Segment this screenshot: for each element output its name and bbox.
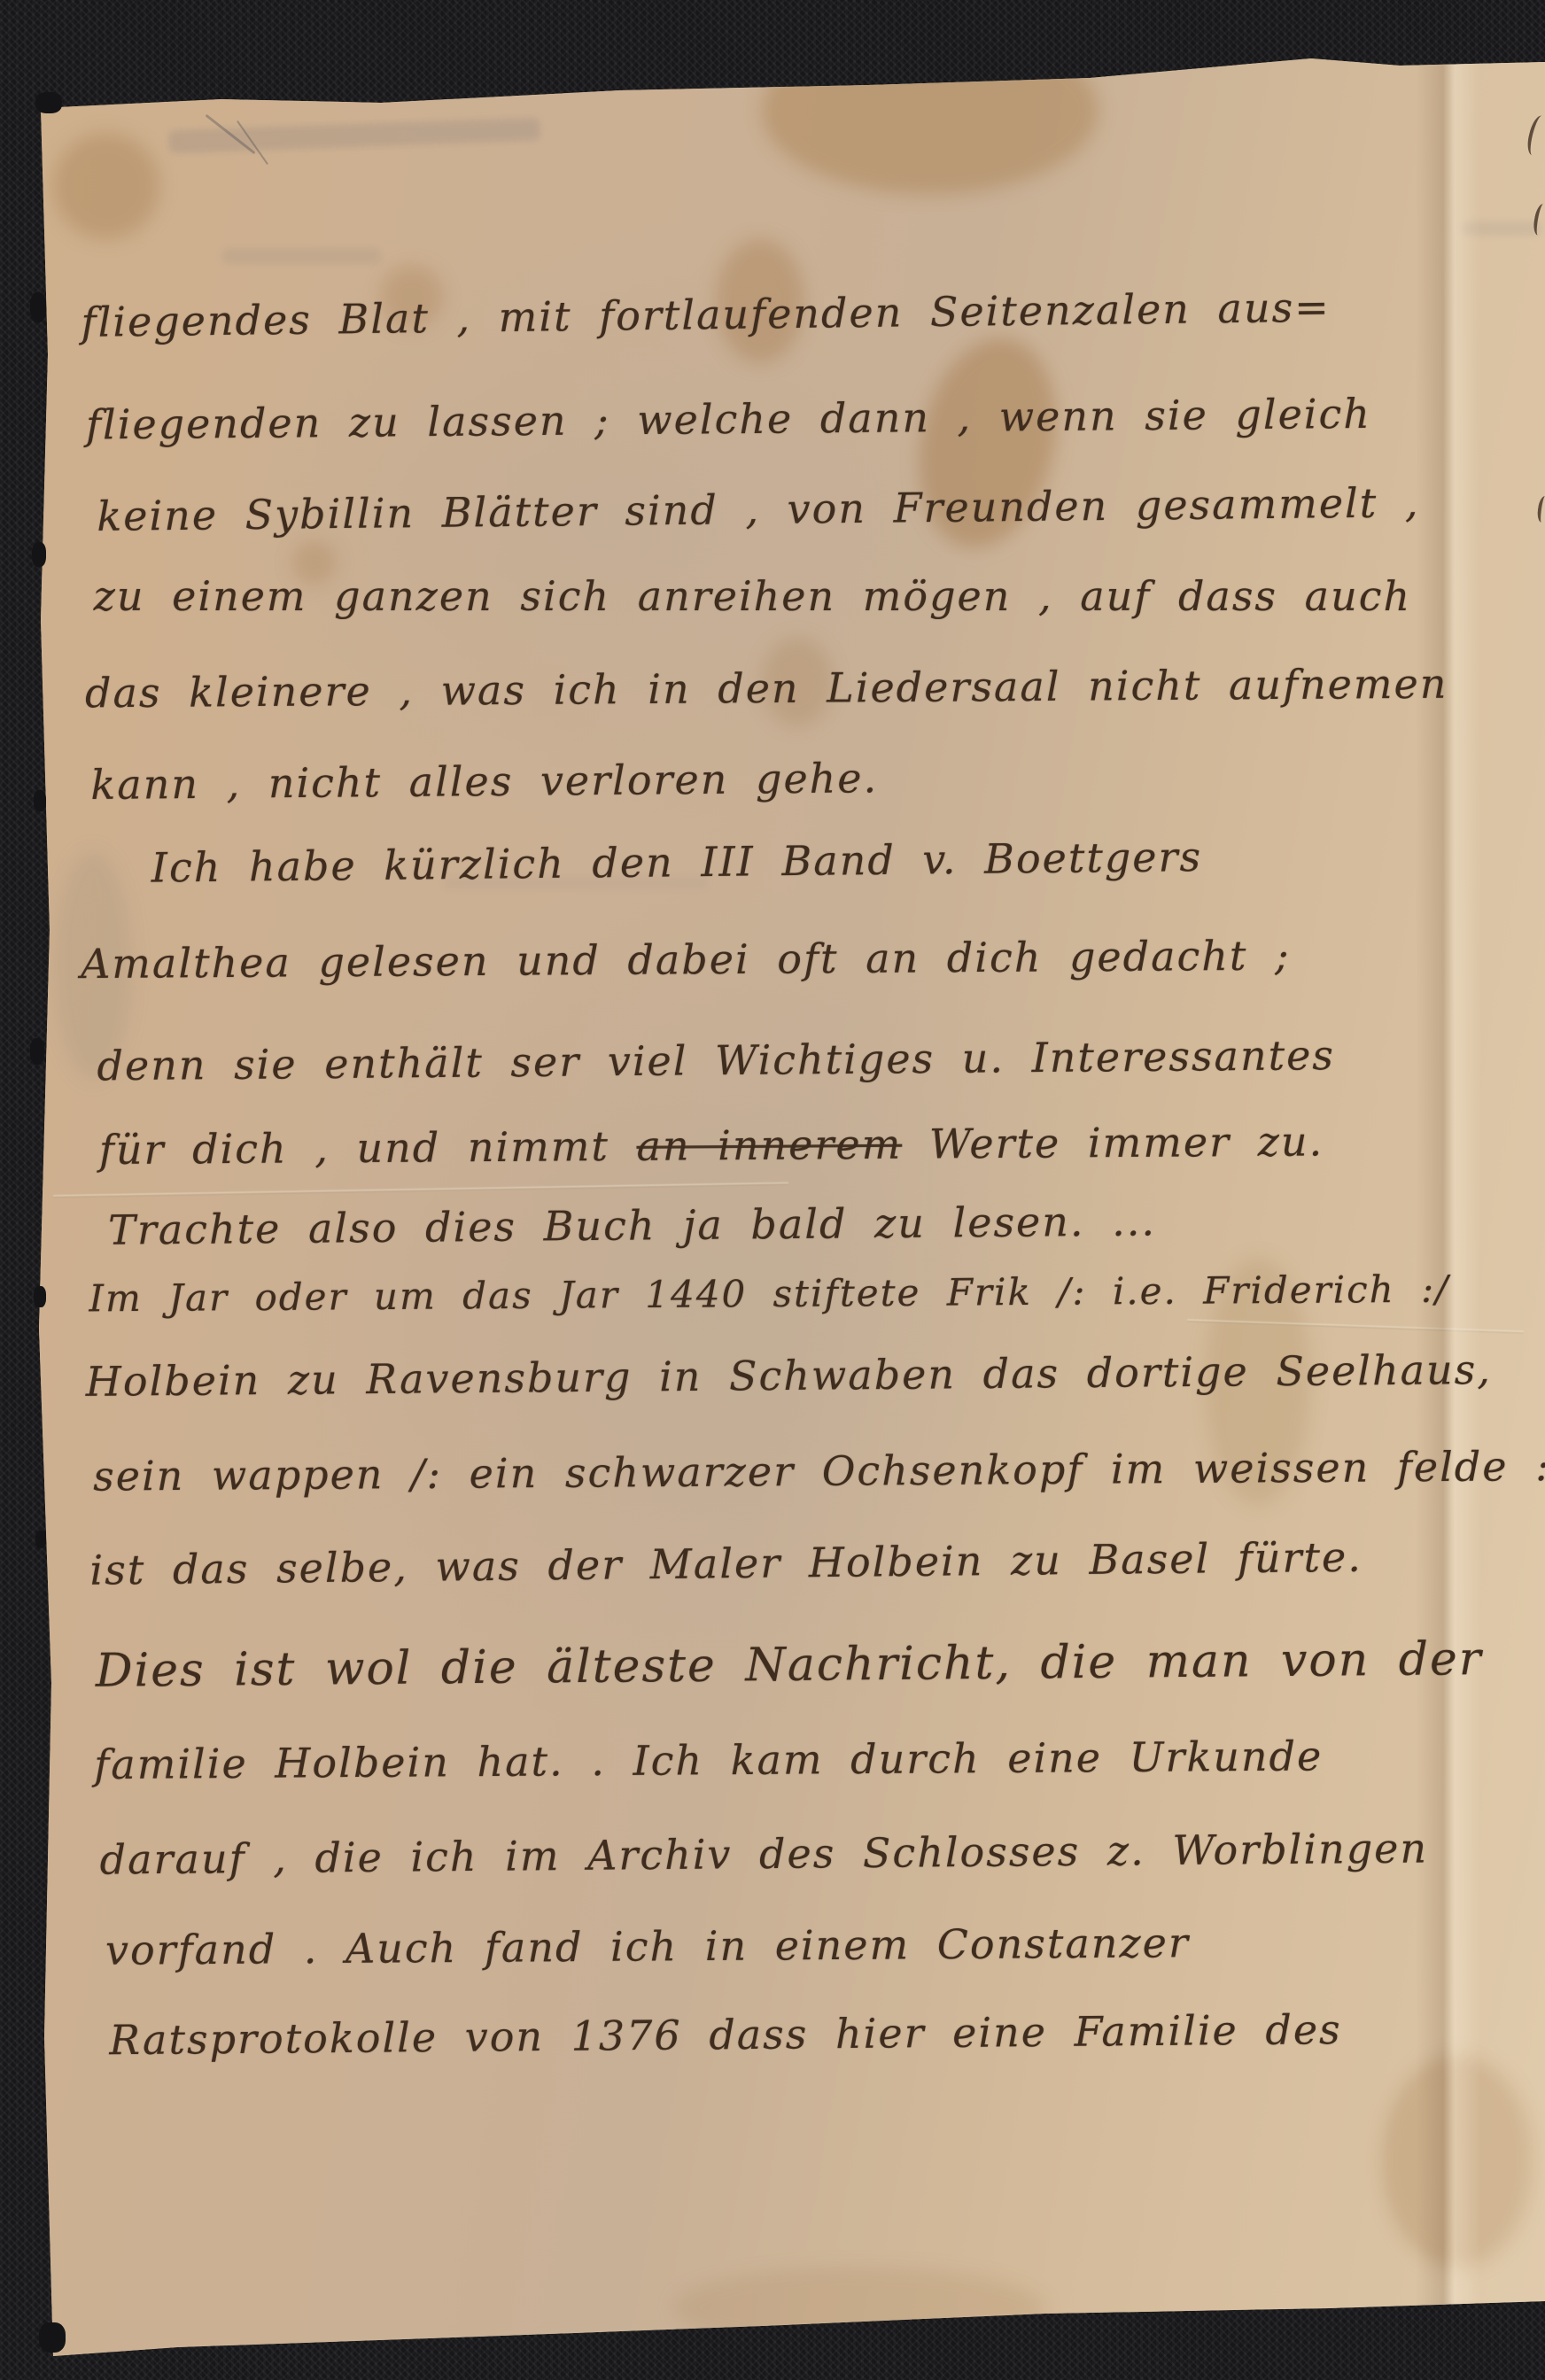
manuscript-line: fliegendes Blat , mit fortlaufenden Seit… xyxy=(81,285,1331,345)
edge-notch xyxy=(34,1286,46,1307)
manuscript-line: Amalthea gelesen und dabei oft an dich g… xyxy=(81,934,1291,987)
manuscript-line: keine Sybillin Blätter sind , von Freund… xyxy=(97,480,1420,539)
manuscript-line: zu einem ganzen sich anreihen mögen , au… xyxy=(94,574,1411,619)
manuscript-line: Ich habe kürzlich den III Band v. Boettg… xyxy=(151,834,1202,890)
manuscript-line: kann , nicht alles verloren gehe. xyxy=(90,756,878,807)
manuscript-line: denn sie enthält ser viel Wichtiges u. I… xyxy=(97,1033,1335,1089)
manuscript-line: Dies ist wol die älteste Nachricht, die … xyxy=(96,1634,1483,1697)
photo-background: { "page": { "type": "handwritten-letter-… xyxy=(0,0,1545,2380)
manuscript-line: Holbein zu Ravensburg in Schwaben das do… xyxy=(86,1347,1493,1404)
manuscript-line: das kleinere , was ich in den Liedersaal… xyxy=(85,662,1448,716)
edge-notch xyxy=(34,790,46,811)
manuscript-line: Ratsprotokolle von 1376 dass hier eine F… xyxy=(109,2007,1342,2063)
letter-text: fliegendes Blat , mit fortlaufenden Seit… xyxy=(0,0,1545,2380)
edge-notch xyxy=(39,2322,66,2353)
edge-notch xyxy=(35,92,62,113)
manuscript-line: familie Holbein hat. . Ich kam durch ein… xyxy=(94,1733,1323,1787)
manuscript-line: für dich , und nimmt an innerem Werte im… xyxy=(99,1119,1324,1172)
manuscript-line: fliegenden zu lassen ; welche dann , wen… xyxy=(86,391,1371,447)
letter-page: fliegendes Blat , mit fortlaufenden Seit… xyxy=(0,0,1545,2380)
manuscript-line: vorfand . Auch fand ich in einem Constan… xyxy=(105,1920,1190,1973)
manuscript-line: ist das selbe, was der Maler Holbein zu … xyxy=(89,1535,1363,1593)
manuscript-line: Trachte also dies Buch ja bald zu lesen.… xyxy=(108,1198,1156,1252)
manuscript-line: sein wappen /: ein schwarzer Ochsenkopf … xyxy=(93,1444,1545,1499)
edge-notch xyxy=(32,542,46,567)
struck-words: an innerem xyxy=(636,1120,902,1170)
manuscript-line: darauf , die ich im Archiv des Schlosses… xyxy=(99,1826,1428,1882)
edge-notch xyxy=(30,292,46,322)
manuscript-line: Im Jar oder um das Jar 1440 stiftete Fri… xyxy=(89,1269,1449,1320)
edge-notch xyxy=(35,1531,46,1548)
edge-notch xyxy=(30,1038,44,1065)
